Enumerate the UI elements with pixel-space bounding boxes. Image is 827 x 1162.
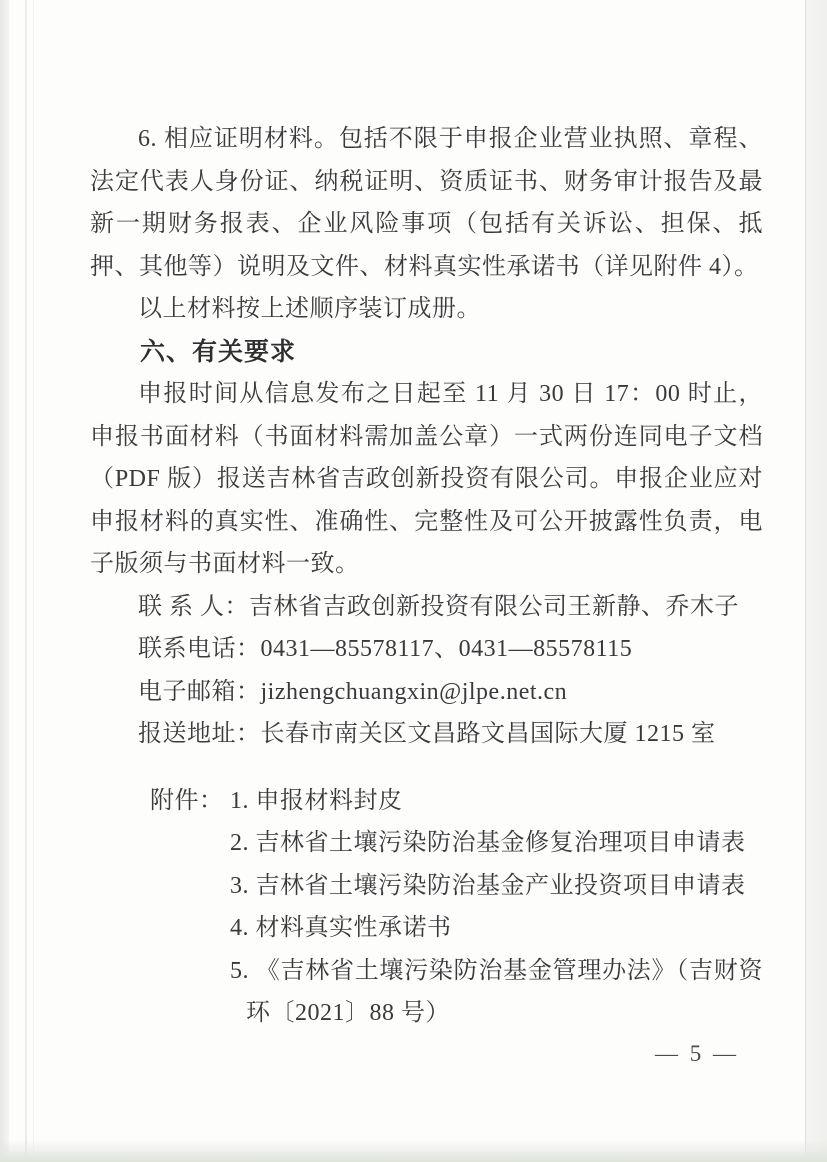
scan-fold-line-left-2	[33, 0, 34, 1162]
attachment-item-industry-investment-application-form: 3. 吉林省土壤污染防治基金产业投资项目申请表	[230, 865, 763, 908]
scan-edge-right	[806, 0, 827, 1162]
scan-edge-bottom	[0, 1140, 827, 1162]
page-number: — 5 —	[655, 1041, 739, 1067]
contact-address-line: 报送地址：长春市南关区文昌路文昌国际大厦 1215 室	[90, 713, 763, 756]
scan-fold-line-left	[25, 0, 27, 1162]
attachments-label: 附件：	[150, 780, 230, 823]
document-content: 6. 相应证明材料。包括不限于申报企业营业执照、章程、法定代表人身份证、纳税证明…	[90, 118, 763, 1035]
contact-email-line: 电子邮箱：jizhengchuangxin@jlpe.net.cn	[90, 671, 763, 714]
contact-block: 联 系 人：吉林省吉政创新投资有限公司王新静、乔木子 联系电话：0431—855…	[90, 586, 763, 756]
paragraph-submission-requirements: 申报时间从信息发布之日起至 11 月 30 日 17：00 时止，申报书面材料（…	[90, 373, 763, 586]
attachments-block: 附件： 1. 申报材料封皮 2. 吉林省土壤污染防治基金修复治理项目申请表 3.…	[90, 780, 763, 1035]
attachments-list: 1. 申报材料封皮 2. 吉林省土壤污染防治基金修复治理项目申请表 3. 吉林省…	[230, 780, 763, 1035]
scan-edge-left	[0, 0, 9, 1162]
contact-person-line: 联 系 人：吉林省吉政创新投资有限公司王新静、乔木子	[90, 586, 763, 629]
paragraph-evidence-materials: 6. 相应证明材料。包括不限于申报企业营业执照、章程、法定代表人身份证、纳税证明…	[90, 118, 763, 288]
attachment-item-authenticity-commitment: 4. 材料真实性承诺书	[230, 907, 763, 950]
attachment-item-cover: 1. 申报材料封皮	[230, 780, 763, 823]
section-heading-requirements: 六、有关要求	[90, 331, 763, 374]
attachment-item-remediation-application-form: 2. 吉林省土壤污染防治基金修复治理项目申请表	[230, 822, 763, 865]
scanned-document: { "page": { "number_label": "— 5 —" }, "…	[0, 0, 827, 1162]
contact-phone-line: 联系电话：0431—85578117、0431—85578115	[90, 628, 763, 671]
attachment-item-fund-management-measures: 5. 《吉林省土壤污染防治基金管理办法》（吉财资环〔2021〕88 号）	[230, 950, 763, 1035]
paragraph-binding-order: 以上材料按上述顺序装订成册。	[90, 288, 763, 331]
